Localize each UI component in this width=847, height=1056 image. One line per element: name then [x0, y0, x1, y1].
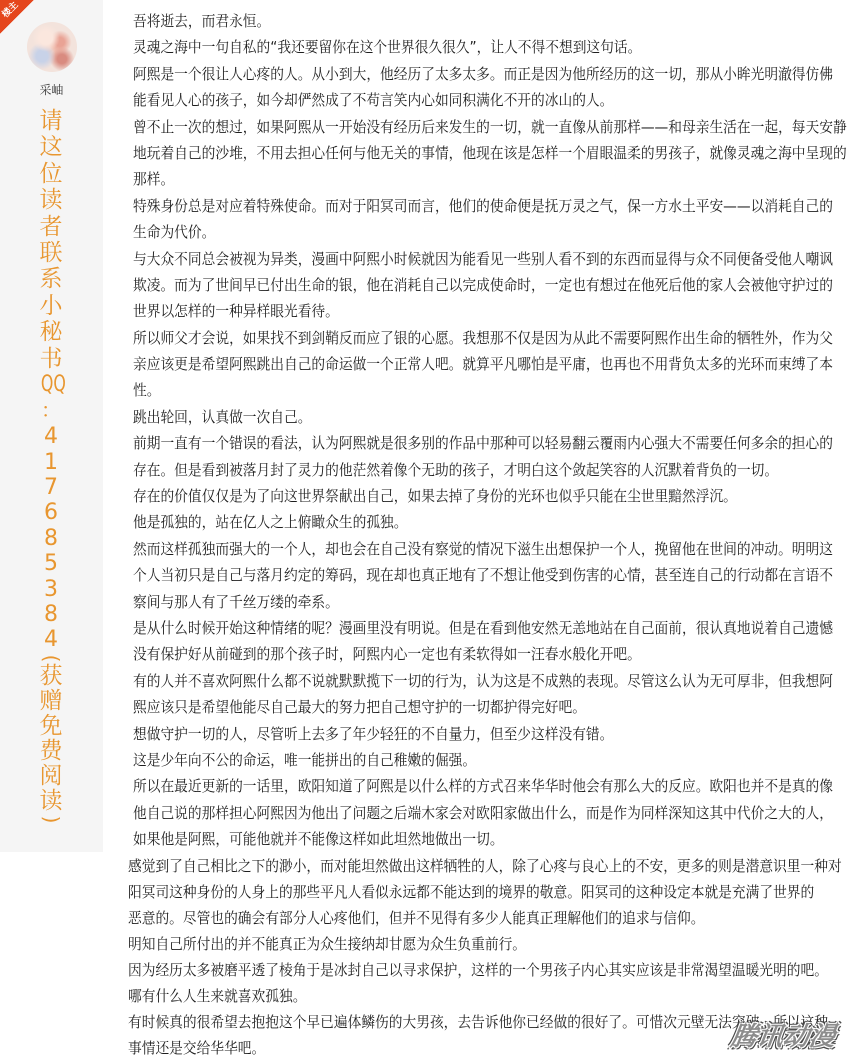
post-body-upper: 吾将逝去，而君永恒。 灵魂之海中一句自私的“我还要留你在这个世界很久很久”，让人… [133, 8, 847, 853]
contact-notice: 请 这 位 读 者 联 系 小 秘 书 QQ ： 4 1 7 6 8 5 3 8… [36, 108, 66, 825]
notice-glyph: 赠 [36, 689, 66, 714]
paragraph: 特殊身份总是对应着特殊使命。而对于阳冥司而言，他们的使命便是抚万灵之气，保一方水… [133, 193, 847, 246]
author-name[interactable]: 采岫 [0, 82, 103, 98]
text-line: 明知自己所付出的并不能真正为众生接纳却甘愿为众生负重前行。 [128, 931, 786, 957]
notice-glyph: 者 [36, 214, 66, 240]
notice-glyph: ) [46, 815, 57, 823]
notice-glyph: 系 [36, 266, 66, 292]
text-line: 事情还是交给华华吧。 [128, 1035, 786, 1056]
notice-paren-open: ( [36, 653, 66, 664]
text-line: 有的人并不喜欢阿熙什么都不说就默默揽下一切的行为，认为这是不成熟的表现。尽管这么… [133, 668, 786, 694]
notice-glyph: 这 [36, 134, 66, 160]
text-line: 个人当初只是自己与落月约定的筹码，现在却也真正地有了不想让他受到伤害的心情，甚至… [133, 562, 786, 588]
notice-glyph: 小 [36, 293, 66, 319]
paragraph: 想做守护一切的人，尽管听上去多了年少轻狂的不自量力，但至少这样没有错。 [133, 721, 847, 747]
badge-label: 楼主 [0, 0, 25, 24]
text-line: 察间与那人有了千丝万缕的牵系。 [133, 589, 786, 615]
notice-digit: 4 [36, 424, 66, 449]
notice-glyph: 费 [36, 739, 66, 764]
text-line: 存在。但是看到被落月封了灵力的他茫然着像个无助的孩子，才明白这个敛起笑容的人沉默… [133, 457, 786, 483]
text-line: 没有保护好从前碰到的那个孩子时，阿熙内心一定也有柔软得如一汪春水般化开吧。 [133, 641, 786, 667]
text-line: 然而这样孤独而强大的一个人，却也会在自己没有察觉的情况下滋生出想保护一个人，挽留… [133, 536, 786, 562]
paragraph: 因为经历太多被磨平透了棱角于是冰封自己以寻求保护，这样的一个男孩子内心其实应该是… [128, 957, 847, 983]
text-line: 存在的价值仅仅是为了向这世界祭献出自己，如果去掉了身份的光环也似乎只能在尘世里黯… [133, 483, 786, 509]
thread-starter-badge: 楼主 [0, 0, 34, 34]
paragraph: 有的人并不喜欢阿熙什么都不说就默默揽下一切的行为，认为这是不成熟的表现。尽管这么… [133, 668, 847, 721]
text-line: 性。 [133, 377, 786, 403]
text-line: 恶意的。尽管也的确会有部分人心疼他们，但并不见得有多少人能真正理解他们的追求与信… [128, 905, 786, 931]
text-line: 阿熙是一个很让人心疼的人。从小到大，他经历了太多太多。而正是因为他所经历的这一切… [133, 61, 786, 87]
text-line: 与大众不同总会被视为异类，漫画中阿熙小时候就因为能看见一些别人看不到的东西而显得… [133, 246, 786, 272]
text-line: 特殊身份总是对应着特殊使命。而对于阳冥司而言，他们的使命便是抚万灵之气，保一方水… [133, 193, 786, 219]
paragraph: 他是孤独的，站在亿人之上俯瞰众生的孤独。 [133, 509, 847, 535]
paragraph: 明知自己所付出的并不能真正为众生接纳却甘愿为众生负重前行。 [128, 931, 847, 957]
text-line: 生命为代价。 [133, 219, 786, 245]
text-line: 如果他是阿熙，可能他就并不能像这样如此坦然地做出一切。 [133, 826, 786, 852]
text-line: 哪有什么人生来就喜欢孤独。 [128, 983, 786, 1009]
notice-paren-close: ) [36, 814, 66, 825]
text-line: 跳出轮回，认真做一次自己。 [133, 404, 786, 430]
paragraph: 是从什么时候开始这种情绪的呢？漫画里没有明说。但是在看到他安然无恙地站在自己面前… [133, 615, 847, 668]
notice-glyph: 位 [36, 161, 66, 187]
text-line: 因为经历太多被磨平透了棱角于是冰封自己以寻求保护，这样的一个男孩子内心其实应该是… [128, 957, 786, 983]
paragraph: 与大众不同总会被视为异类，漫画中阿熙小时候就因为能看见一些别人看不到的东西而显得… [133, 246, 847, 325]
text-line: 吾将逝去，而君永恒。 [133, 8, 786, 34]
notice-glyph: 请 [36, 108, 66, 134]
avatar[interactable] [27, 22, 77, 72]
notice-digit: 1 [36, 450, 66, 475]
paragraph: 这是少年向不公的命运，唯一能拼出的自己稚嫩的倔强。 [133, 747, 847, 773]
text-line: 想做守护一切的人，尽管听上去多了年少轻狂的不自量力，但至少这样没有错。 [133, 721, 786, 747]
paragraph: 灵魂之海中一句自私的“我还要留你在这个世界很久很久”，让人不得不想到这句话。 [133, 34, 847, 60]
paragraph: 所以在最近更新的一话里，欧阳知道了阿熙是以什么样的方式召来华华时他会有那么大的反… [133, 773, 847, 852]
notice-glyph: 读 [36, 789, 66, 814]
notice-digit: 6 [36, 500, 66, 525]
notice-glyph: ： [36, 397, 66, 424]
notice-glyph: 阅 [36, 764, 66, 789]
tencent-comics-watermark: 腾讯动漫 [729, 1020, 838, 1054]
text-line: 所以在最近更新的一话里，欧阳知道了阿熙是以什么样的方式召来华华时他会有那么大的反… [133, 773, 786, 799]
paragraph: 哪有什么人生来就喜欢孤独。 [128, 983, 847, 1009]
text-line: 能看见人心的孩子，如今却俨然成了不苟言笑内心如同积满化不开的冰山的人。 [133, 87, 786, 113]
text-line: 世界以怎样的一种异样眼光看待。 [133, 298, 786, 324]
paragraph: 感觉到了自己相比之下的渺小，而对能坦然做出这样牺牲的人，除了心疼与良心上的不安，… [128, 853, 847, 931]
text-line: 他是孤独的，站在亿人之上俯瞰众生的孤独。 [133, 509, 786, 535]
notice-glyph: 读 [36, 187, 66, 213]
notice-glyph: 免 [36, 714, 66, 739]
text-line: 是从什么时候开始这种情绪的呢？漫画里没有明说。但是在看到他安然无恙地站在自己面前… [133, 615, 786, 641]
notice-glyph: 获 [36, 664, 66, 689]
notice-digit: 4 [36, 627, 66, 652]
text-line: 亲应该更是希望阿熙跳出自己的命运做一个正常人吧。就算平凡哪怕是平庸，也再也不用背… [133, 351, 786, 377]
paragraph: 跳出轮回，认真做一次自己。 [133, 404, 847, 430]
notice-digit: 7 [36, 475, 66, 500]
paragraph: 然而这样孤独而强大的一个人，却也会在自己没有察觉的情况下滋生出想保护一个人，挽留… [133, 536, 847, 615]
text-line: 那样。 [133, 166, 786, 192]
notice-glyph: 联 [36, 240, 66, 266]
paragraph: 所以师父才会说，如果找不到剑鞘反而应了银的心愿。我想那不仅是因为从此不需要阿熙作… [133, 325, 847, 404]
paragraph: 存在的价值仅仅是为了向这世界祭献出自己，如果去掉了身份的光环也似乎只能在尘世里黯… [133, 483, 847, 509]
notice-digit: 5 [36, 551, 66, 576]
text-line: 他自己说的那样担心阿熙因为他出了问题之后端木家会对欧阳家做出什么，而是作为同样深… [133, 800, 786, 826]
text-line: 有时候真的很希望去抱抱这个早已遍体鳞伤的大男孩，去告诉他你已经做的很好了。可惜次… [128, 1009, 786, 1035]
notice-glyph: 书 [36, 346, 66, 372]
notice-digit: 8 [36, 526, 66, 551]
paragraph: 曾不止一次的想过，如果阿熙从一开始没有经历后来发生的一切，就一直像从前那样——和… [133, 114, 847, 193]
paragraph: 阿熙是一个很让人心疼的人。从小到大，他经历了太多太多。而正是因为他所经历的这一切… [133, 61, 847, 114]
notice-glyph-qq: QQ [36, 372, 66, 397]
text-line: 地玩着自己的沙堆，不用去担心任何与他无关的事情，他现在该是怎样一个眉眼温柔的男孩… [133, 140, 786, 166]
notice-glyph: 秘 [36, 319, 66, 345]
text-line: 这是少年向不公的命运，唯一能拼出的自己稚嫩的倔强。 [133, 747, 786, 773]
text-line: 感觉到了自己相比之下的渺小，而对能坦然做出这样牺牲的人，除了心疼与良心上的不安，… [128, 853, 786, 879]
text-line: 欺凌。而为了世间早已付出生命的银，他在消耗自己以完成使命时，一定也有想过在他死后… [133, 272, 786, 298]
author-sidebar: 楼主 采岫 请 这 位 读 者 联 系 小 秘 书 QQ ： 4 1 7 6 8… [0, 0, 103, 852]
paragraph: 前期一直有一个错误的看法，认为阿熙就是很多别的作品中那种可以轻易翻云覆雨内心强大… [133, 430, 847, 483]
notice-digit: 3 [36, 577, 66, 602]
text-line: 曾不止一次的想过，如果阿熙从一开始没有经历后来发生的一切，就一直像从前那样——和… [133, 114, 786, 140]
text-line: 灵魂之海中一句自私的“我还要留你在这个世界很久很久”，让人不得不想到这句话。 [133, 34, 786, 60]
text-line: 熙应该只是希望他能尽自己最大的努力把自己想守护的一切都护得完好吧。 [133, 694, 786, 720]
text-line: 前期一直有一个错误的看法，认为阿熙就是很多别的作品中那种可以轻易翻云覆雨内心强大… [133, 430, 786, 456]
notice-glyph: QQ [41, 372, 66, 397]
paragraph: 吾将逝去，而君永恒。 [133, 8, 847, 34]
text-line: 阳冥司这种身份的人身上的那些平凡人看似永远都不能达到的境界的敬意。阳冥司的这种设… [128, 879, 786, 905]
notice-glyph: ( [46, 654, 57, 662]
text-line: 所以师父才会说，如果找不到剑鞘反而应了银的心愿。我想那不仅是因为从此不需要阿熙作… [133, 325, 786, 351]
notice-digit: 8 [36, 602, 66, 627]
